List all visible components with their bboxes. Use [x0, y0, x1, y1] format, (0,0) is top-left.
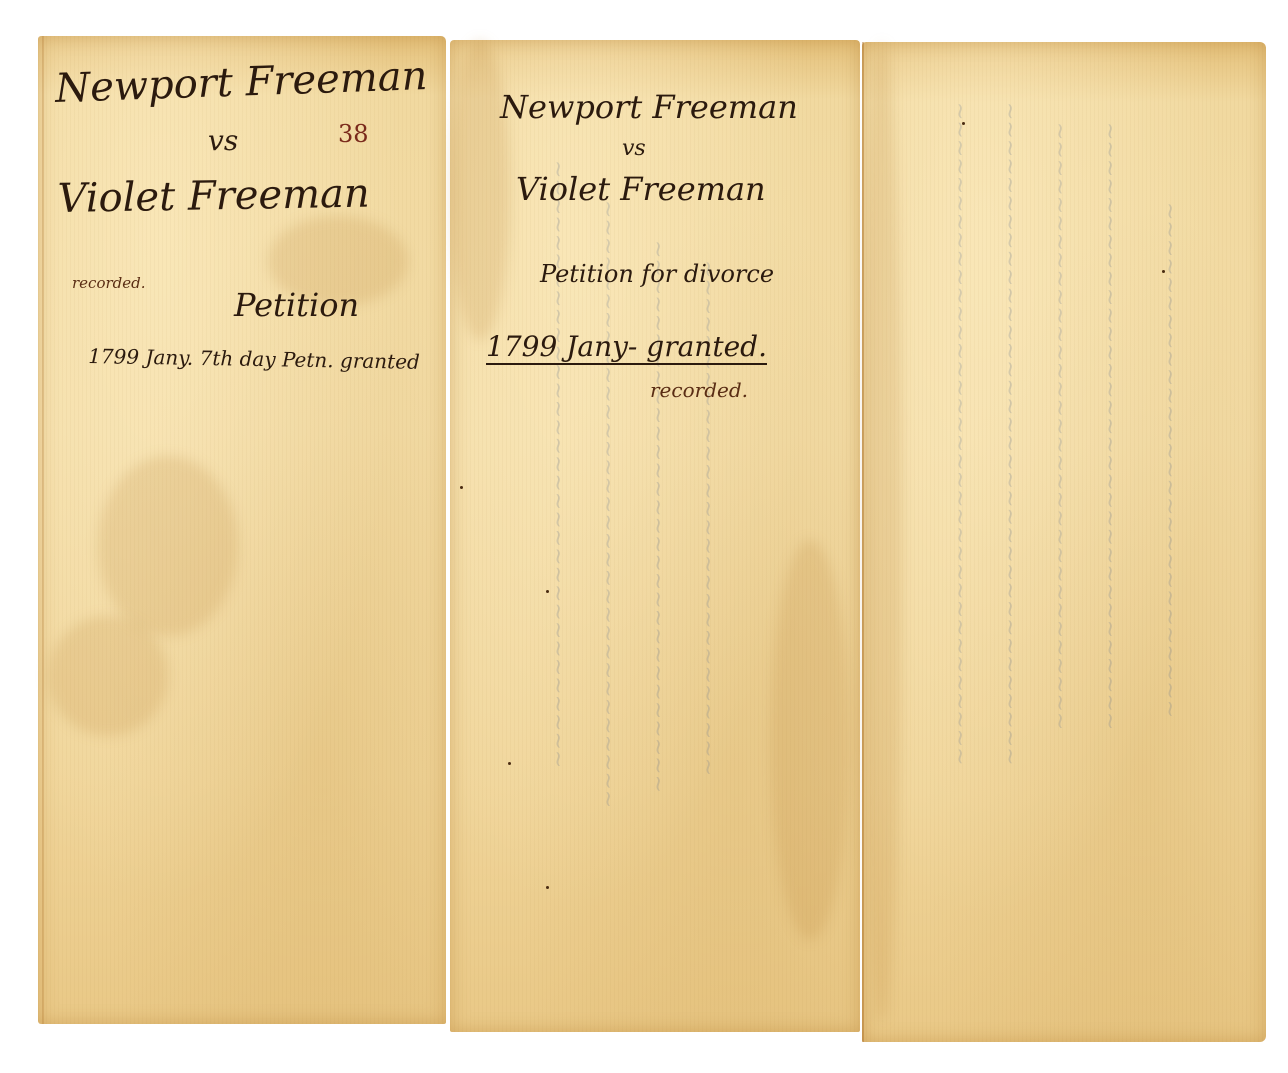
bleed-through-text: ~~~~~~~~~~~~~~~~~~~~~~~~~~~~~~~~~~~~	[947, 102, 972, 766]
document-panel-left: Newport Freeman vs 38 Violet Freeman rec…	[38, 36, 446, 1024]
versus-label: vs	[622, 136, 646, 161]
defendant-name: Violet Freeman	[57, 171, 370, 222]
stain	[862, 42, 902, 1022]
versus-label: vs	[208, 124, 238, 157]
document-panel-right: ~~~~~~~~~~~~~~~~~~~~~~~~~~~~~~~~~~~~ ~~~…	[862, 42, 1266, 1042]
recorded-note: recorded.	[650, 378, 748, 402]
bleed-through-text: ~~~~~~~~~~~~~~~~~~~~~~~~~~~~~~~~~	[595, 200, 620, 808]
speck	[460, 486, 463, 489]
plaintiff-name: Newport Freeman	[54, 53, 428, 112]
date-line: 1799 Jany- granted.	[486, 330, 767, 365]
speck	[962, 122, 965, 125]
defendant-name: Violet Freeman	[516, 170, 766, 208]
recorded-note: recorded.	[72, 274, 146, 292]
docket-number: 38	[338, 120, 369, 148]
fold-line	[42, 36, 44, 1024]
bleed-through-text: ~~~~~~~~~~~~~~~~~~~~~~~~~~~~~~~~~	[545, 160, 570, 768]
plaintiff-name: Newport Freeman	[500, 88, 798, 126]
stain	[450, 40, 510, 340]
bleed-through-text: ~~~~~~~~~~~~~~~~~~~~~~~~~~~~~~	[645, 240, 670, 793]
speck	[546, 886, 549, 889]
stain	[98, 456, 238, 636]
bleed-through-text: ~~~~~~~~~~~~~~~~~~~~~~~~~~~~~~~~~~~~	[997, 102, 1022, 766]
bleed-through-text: ~~~~~~~~~~~~~~~~~~~~~~~~~~~~~~~~~	[1097, 122, 1122, 730]
document-panel-middle: ~~~~~~~~~~~~~~~~~~~~~~~~~~~~~~~~~ ~~~~~~…	[450, 40, 860, 1032]
bleed-through-text: ~~~~~~~~~~~~~~~~~~~~~~~~~~~~	[1157, 202, 1182, 718]
speck	[508, 762, 511, 765]
bleed-through-text: ~~~~~~~~~~~~~~~~~~~~~~~~~~~~~~~~~	[1047, 122, 1072, 730]
date-line: 1799 Jany. 7th day Petn. granted	[88, 344, 420, 374]
speck	[546, 590, 549, 593]
stain	[48, 616, 168, 736]
speck	[1162, 270, 1165, 273]
stain	[770, 540, 850, 940]
document-title: Petition for divorce	[540, 260, 774, 288]
document-title: Petition	[234, 286, 359, 324]
